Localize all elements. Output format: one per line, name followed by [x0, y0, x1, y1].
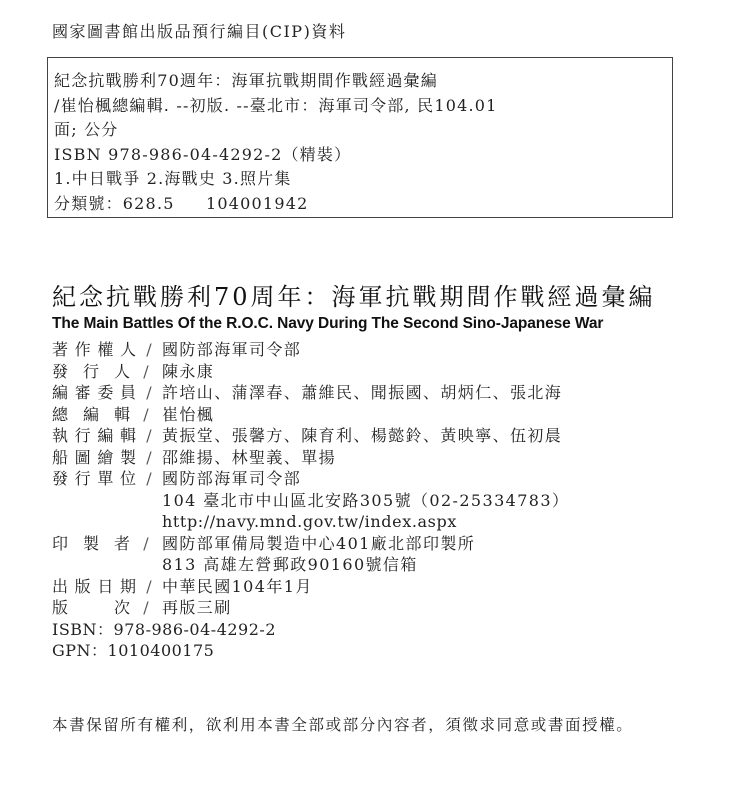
label-char: 行 — [83, 361, 99, 383]
credit-separator: / — [136, 339, 162, 361]
label-char: 委 — [97, 382, 113, 404]
credit-value: 國防部海軍司令部 — [162, 468, 301, 490]
book-title-en: The Main Battles Of the R.O.C. Navy Duri… — [52, 314, 603, 334]
label-char: 作 — [75, 339, 91, 361]
cip-record-box: 紀念抗戰勝利70週年：海軍抗戰期間作戰經過彙編 /崔怡楓總編輯. --初版. -… — [47, 57, 673, 218]
label-char: 製 — [83, 533, 99, 555]
credit-row-publisher-person: 發 行 人 / 陳永康 — [52, 361, 712, 383]
credit-value: 中華民國104年1月 — [162, 576, 313, 598]
publisher-address: 104 臺北市中山區北安路305號（02-25334783） — [52, 490, 712, 512]
credit-value: 許培山、蒲澤春、蕭維民、聞振國、胡炳仁、張北海 — [162, 382, 562, 404]
label-char: 審 — [75, 382, 91, 404]
cip-format-line: 面; 公分 — [54, 118, 672, 143]
credit-value: 崔怡楓 — [162, 404, 214, 426]
credit-separator: / — [130, 533, 162, 555]
label-char: 發 — [52, 361, 68, 383]
credit-row-edition: 版 次 / 再版三刷 — [52, 597, 712, 619]
address-text: 104 臺北市中山區北安路305號（02-25334783） — [162, 490, 569, 512]
cip-classification-line: 分類號：628.5 104001942 — [54, 192, 672, 217]
credit-value: 陳永康 — [162, 361, 214, 383]
credit-separator: / — [130, 361, 162, 383]
rights-notice: 本書保留所有權利，欲利用本書全部或部分內容者，須徵求同意或書面授權。 — [52, 714, 633, 736]
publisher-website: http://navy.mnd.gov.tw/index.aspx — [52, 511, 712, 533]
label-char: 編 — [83, 404, 99, 426]
label-char: 輯 — [114, 404, 130, 426]
label-char: 人 — [120, 339, 136, 361]
label-char: 繪 — [97, 447, 113, 469]
credit-value: 邵維揚、林聖義、單揚 — [162, 447, 336, 469]
gpn-line: GPN：1010400175 — [52, 640, 712, 662]
label-char: 位 — [120, 468, 136, 490]
isbn-line: ISBN：978-986-04-4292-2 — [52, 619, 712, 641]
cip-heading: 國家圖書館出版品預行編目(CIP)資料 — [52, 22, 346, 42]
credit-row-publishing-unit: 發 行 單 位 / 國防部海軍司令部 — [52, 468, 712, 490]
cip-title-line: 紀念抗戰勝利70週年：海軍抗戰期間作戰經過彙編 — [54, 69, 672, 94]
label-char: 印 — [52, 533, 68, 555]
credit-label: 執 行 編 輯 — [52, 425, 136, 447]
credit-label: 出 版 日 期 — [52, 576, 136, 598]
cip-editor-line: /崔怡楓總編輯. --初版. --臺北市：海軍司令部, 民104.01 — [54, 94, 672, 119]
label-char: 員 — [120, 382, 136, 404]
credit-separator: / — [136, 576, 162, 598]
credit-separator: / — [136, 425, 162, 447]
cip-isbn-line: ISBN 978-986-04-4292-2（精裝） — [54, 143, 672, 168]
credit-separator: / — [130, 597, 162, 619]
credit-label: 編 審 委 員 — [52, 382, 136, 404]
credit-row-copyright-holder: 著 作 權 人 / 國防部海軍司令部 — [52, 339, 712, 361]
credit-row-printer: 印 製 者 / 國防部軍備局製造中心401廠北部印製所 — [52, 533, 712, 555]
credit-row-ship-illustrations: 船 圖 繪 製 / 邵維揚、林聖義、單揚 — [52, 447, 712, 469]
label-char: 期 — [120, 576, 136, 598]
credit-row-publication-date: 出 版 日 期 / 中華民國104年1月 — [52, 576, 712, 598]
label-char: 船 — [52, 447, 68, 469]
cip-subjects-line: 1.中日戰爭 2.海戰史 3.照片集 — [54, 167, 672, 192]
label-char: 次 — [114, 597, 130, 619]
credit-value: 國防部海軍司令部 — [162, 339, 301, 361]
label-char: 單 — [97, 468, 113, 490]
label-char: 權 — [97, 339, 113, 361]
credit-row-review-committee: 編 審 委 員 / 許培山、蒲澤春、蕭維民、聞振國、胡炳仁、張北海 — [52, 382, 712, 404]
credit-label: 著 作 權 人 — [52, 339, 136, 361]
label-char: 執 — [52, 425, 68, 447]
credits-list: 著 作 權 人 / 國防部海軍司令部 發 行 人 / 陳永康 編 審 委 員 /… — [52, 339, 712, 662]
website-url: http://navy.mnd.gov.tw/index.aspx — [162, 511, 457, 533]
label-char: 著 — [52, 339, 68, 361]
credit-separator: / — [136, 468, 162, 490]
label-char: 人 — [114, 361, 130, 383]
printer-address: 813 高雄左營郵政90160號信箱 — [52, 554, 712, 576]
label-char: 輯 — [120, 425, 136, 447]
credit-label: 船 圖 繪 製 — [52, 447, 136, 469]
credit-label: 版 次 — [52, 597, 130, 619]
credit-row-executive-editors: 執 行 編 輯 / 黃振堂、張馨方、陳育利、楊懿鈴、黃映寧、伍初晨 — [52, 425, 712, 447]
label-char: 圖 — [75, 447, 91, 469]
credit-value: 再版三刷 — [162, 597, 232, 619]
label-char: 行 — [75, 425, 91, 447]
label-char: 編 — [97, 425, 113, 447]
credit-label: 發 行 人 — [52, 361, 130, 383]
label-char: 版 — [52, 597, 68, 619]
label-char: 行 — [75, 468, 91, 490]
label-char: 日 — [97, 576, 113, 598]
label-char: 編 — [52, 382, 68, 404]
credit-row-chief-editor: 總 編 輯 / 崔怡楓 — [52, 404, 712, 426]
credit-separator: / — [136, 382, 162, 404]
label-char: 出 — [52, 576, 68, 598]
label-char: 製 — [120, 447, 136, 469]
address-text: 813 高雄左營郵政90160號信箱 — [162, 554, 418, 576]
credit-separator: / — [136, 447, 162, 469]
credit-value: 國防部軍備局製造中心401廠北部印製所 — [162, 533, 475, 555]
credit-label: 總 編 輯 — [52, 404, 130, 426]
label-char: 總 — [52, 404, 68, 426]
credit-label: 印 製 者 — [52, 533, 130, 555]
credit-separator: / — [130, 404, 162, 426]
label-char: 發 — [52, 468, 68, 490]
credit-label: 發 行 單 位 — [52, 468, 136, 490]
book-title-zh: 紀念抗戰勝利70周年：海軍抗戰期間作戰經過彙編 — [52, 281, 656, 313]
label-char: 版 — [75, 576, 91, 598]
label-char: 者 — [114, 533, 130, 555]
credit-value: 黃振堂、張馨方、陳育利、楊懿鈴、黃映寧、伍初晨 — [162, 425, 562, 447]
